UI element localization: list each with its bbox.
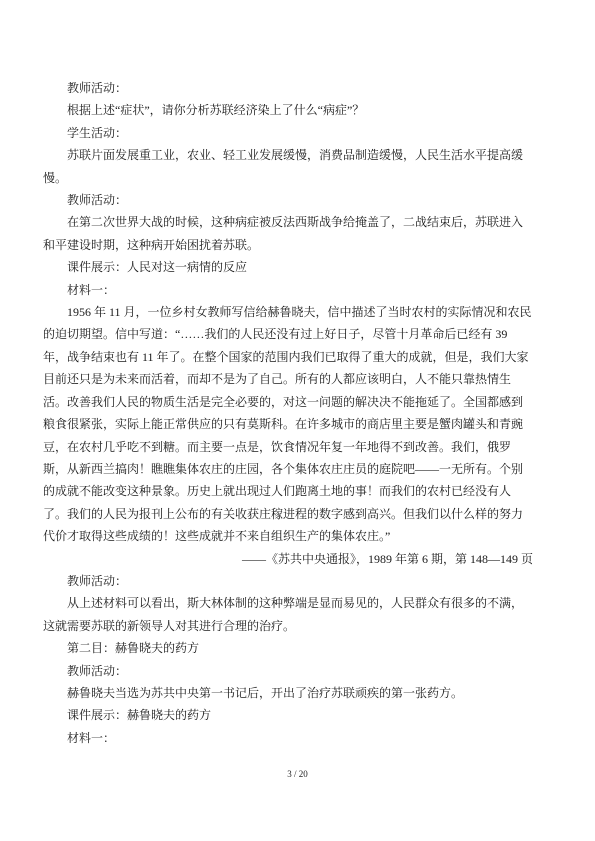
document-page: 教师活动：根据上述“症状”，请你分析苏联经济染上了什么“病症”？学生活动：苏联片… [0,0,595,841]
text-line: 材料一： [43,279,533,301]
text-line: 教师活动： [43,189,533,211]
page-number: 3 / 20 [287,769,308,779]
text-line: 根据上述“症状”，请你分析苏联经济染上了什么“病症”？ [43,99,533,121]
text-line: 慢。 [43,167,533,189]
text-line: 1956 年 11 月，一位乡村女教师写信给赫鲁晓夫，信中描述了当时农村的实际情… [43,301,533,323]
text-line: 斯，从新西兰搞肉！瞧瞧集体农庄的庄园，各个集体农庄庄员的庭院吧——一无所有。个别 [43,458,533,480]
text-line: 第二目：赫鲁晓夫的药方 [43,637,533,659]
text-line: 的迫切期望。信中写道：“……我们的人民还没有过上好日子，尽管十月革命后已经有 3… [43,323,533,345]
document-body: 教师活动：根据上述“症状”，请你分析苏联经济染上了什么“病症”？学生活动：苏联片… [43,77,533,749]
text-line: 粮食很紧张，实际上能正常供应的只有莫斯科。在许多城市的商店里主要是蟹肉罐头和青豌 [43,413,533,435]
text-line: 这就需要苏联的新领导人对其进行合理的治疗。 [43,615,533,637]
text-line: 学生活动： [43,122,533,144]
text-line: 年，战争结束也有 11 年了。在整个国家的范围内我们已取得了重大的成就，但是，我… [43,346,533,368]
text-line: 活。改善我们人民的物质生活是完全必要的，对这一问题的解决决不能拖延了。全国都感到 [43,391,533,413]
text-line: 从上述材料可以看出，斯大林体制的这种弊端是显而易见的，人民群众有很多的不满， [43,592,533,614]
text-line: 苏联片面发展重工业，农业、轻工业发展缓慢，消费品制造缓慢，人民生活水平提高缓 [43,144,533,166]
page-footer: 3 / 20 [0,768,595,780]
text-line: 在第二次世界大战的时候，这种病症被反法西斯战争给掩盖了，二战结束后，苏联进入 [43,211,533,233]
text-line: 教师活动： [43,77,533,99]
text-line: 赫鲁晓夫当选为苏共中央第一书记后，开出了治疗苏联顽疾的第一张药方。 [43,682,533,704]
text-line: 豆，在农村几乎吃不到糖。而主要一点是，饮食情况年复一年地得不到改善。我们，俄罗 [43,436,533,458]
text-line: 课件展示：人民对这一病情的反应 [43,256,533,278]
text-line: 课件展示：赫鲁晓夫的药方 [43,704,533,726]
text-line: 了。我们的人民为报刊上公布的有关收获庄稼进程的数字感到高兴。但我们以什么样的努力 [43,503,533,525]
text-line: 教师活动： [43,570,533,592]
text-line: 教师活动： [43,660,533,682]
text-line: 和平建设时期，这种病开始困扰着苏联。 [43,234,533,256]
text-line: 代价才取得这些成绩的！这些成就并不来自组织生产的集体农庄。” [43,525,533,547]
text-line: 目前还只是为未来而活着，而却不是为了自己。所有的人都应该明白，人不能只靠热情生 [43,368,533,390]
text-line: 材料一： [43,727,533,749]
text-line: ——《苏共中央通报》，1989 年第 6 期，第 148—149 页 [43,548,533,570]
text-line: 的成就不能改变这种景象。历史上就出现过人们跑离土地的事！而我们的农村已经没有人 [43,480,533,502]
